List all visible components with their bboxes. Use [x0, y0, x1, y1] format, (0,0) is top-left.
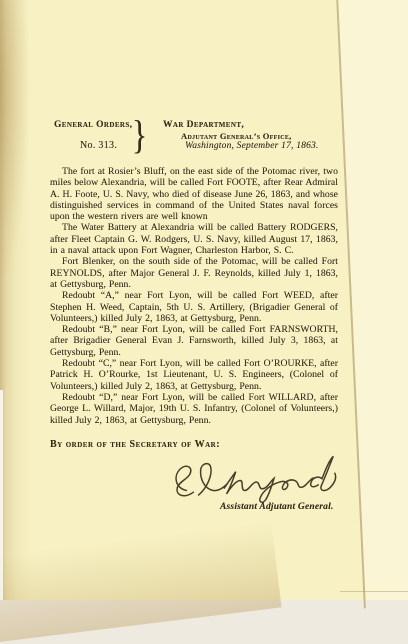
aged-left-edge — [0, 0, 30, 600]
paragraph-fort-orourke: Redoubt “C,” near Fort Lyon, will be cal… — [50, 358, 338, 392]
paragraph-fort-reynolds: Fort Blenker, on the south side of the P… — [50, 256, 338, 290]
order-body: The fort at Rosier’s Bluff, on the east … — [50, 166, 338, 426]
paragraph-fort-farnsworth: Redoubt “B,” near Fort Lyon, will be cal… — [50, 324, 338, 358]
page-right-crease — [336, 0, 365, 600]
townsend-signature — [165, 449, 347, 509]
adjutant-generals-office-line: Adjutant General’s Office, — [181, 131, 292, 141]
general-orders-label: General Orders, — [54, 120, 132, 130]
document-header: General Orders, No. 313. } War Departmen… — [50, 118, 338, 165]
scanned-document-page: General Orders, No. 313. } War Departmen… — [0, 0, 408, 600]
document-content: General Orders, No. 313. } War Departmen… — [50, 118, 338, 512]
bottom-left-stain — [0, 498, 282, 600]
paragraph-fort-willard: Redoubt “D,” near Fort Lyon, will be cal… — [50, 392, 338, 426]
signature-block — [50, 450, 338, 508]
war-department-line: War Department, — [163, 120, 244, 130]
orders-number: No. 313. — [80, 140, 117, 151]
paragraph-battery-rodgers: The Water Battery at Alexandria will be … — [50, 222, 338, 256]
header-brace-glyph: } — [132, 115, 147, 155]
aged-left-top-stain — [0, 0, 46, 320]
by-order-line: By order of the Secretary of War: — [50, 439, 338, 450]
scan-left-sliver — [0, 390, 3, 600]
page-bottom-edge — [340, 591, 408, 592]
paragraph-fort-weed: Redoubt “A,” near Fort Lyon, will be cal… — [50, 290, 338, 324]
paragraph-fort-foote: The fort at Rosier’s Bluff, on the east … — [50, 166, 338, 222]
dateline: Washington, September 17, 1863. — [185, 141, 319, 151]
